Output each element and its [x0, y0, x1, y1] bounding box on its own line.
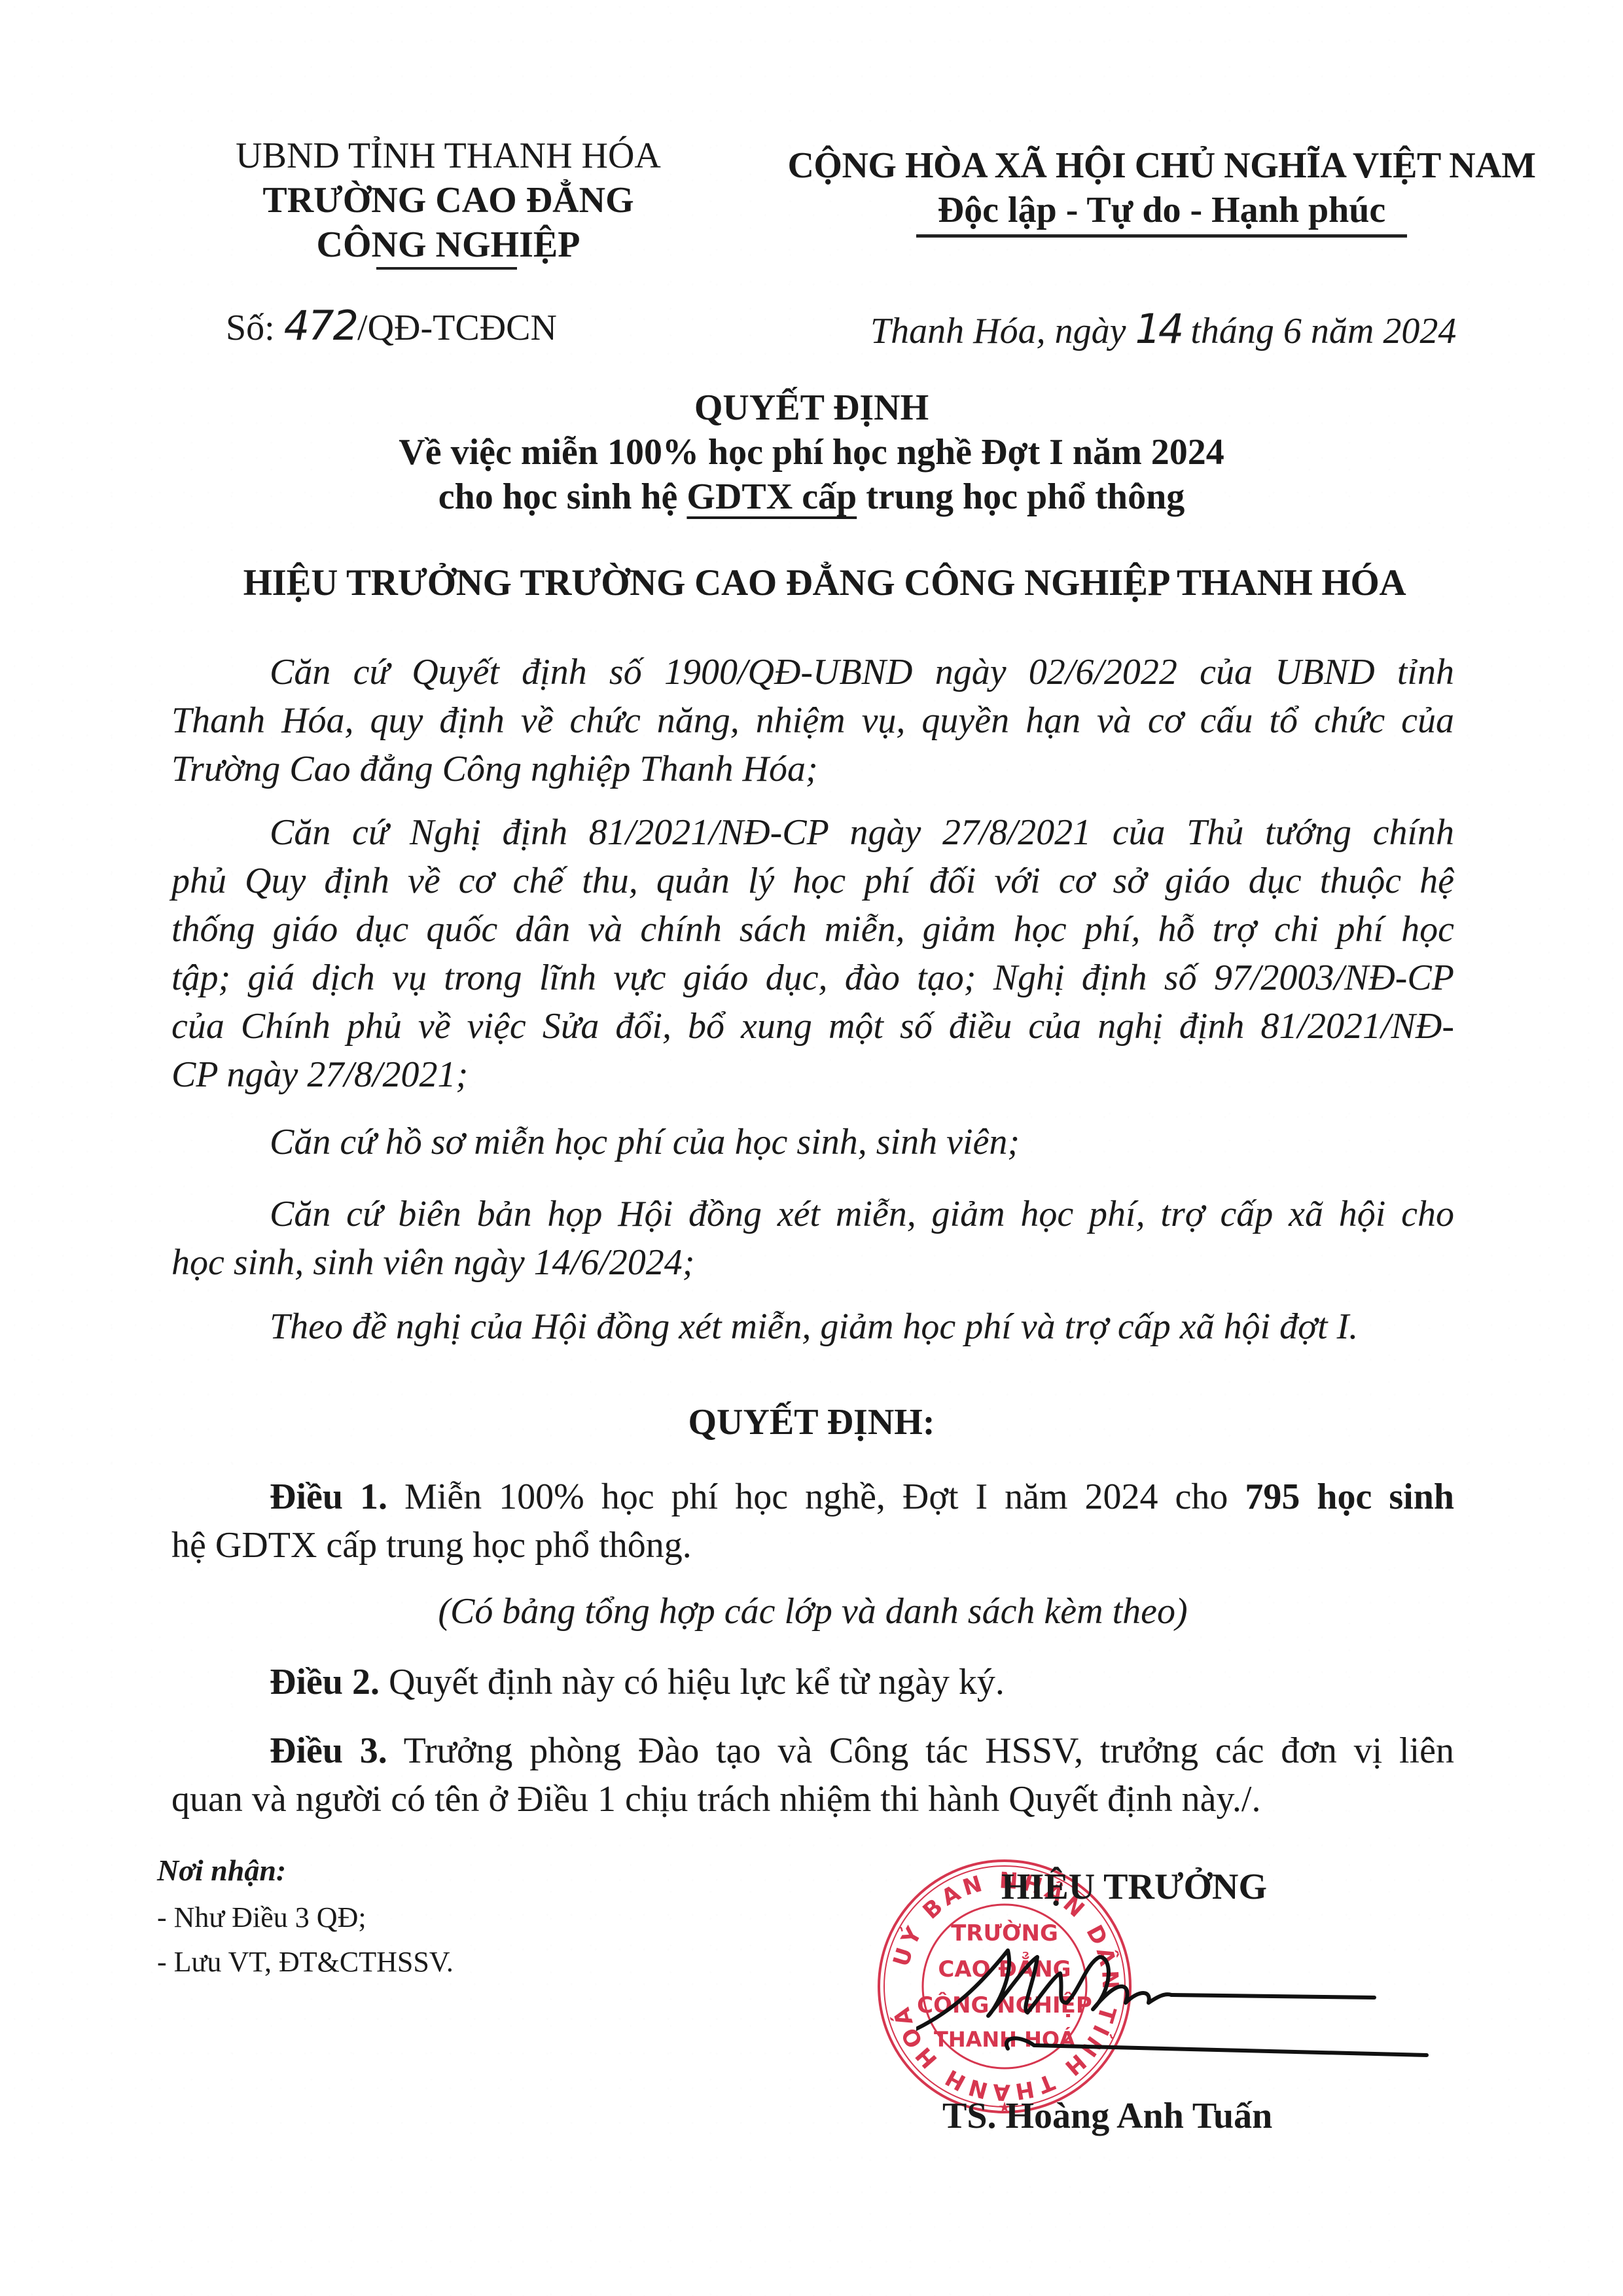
subject-line-2-post: trung học phổ thông [857, 476, 1185, 517]
basis-line: thống giáo dục quốc dân và chính sách mi… [171, 905, 1454, 954]
header-left-divider [376, 267, 517, 270]
school-name-line2: CÔNG NGHIỆP [164, 223, 733, 266]
basis-line: tập; giá dịch vụ trong lĩnh vực giáo dục… [171, 954, 1454, 1002]
article-3-label: Điều 3. [270, 1731, 387, 1771]
article-3-text: Trưởng phòng Đào tạo và Công tác HSSV, t… [387, 1731, 1454, 1771]
date-day-handwritten: 14 [1135, 305, 1181, 353]
basis-line: của Chính phủ về việc Sửa đổi, bổ xung m… [171, 1002, 1454, 1050]
agency-name: UBND TỈNH THANH HÓA [164, 134, 733, 177]
document-date: Thanh Hóa, ngày 14 tháng 6 năm 2024 [870, 308, 1456, 353]
doc-number-handwritten: 472 [284, 302, 357, 350]
basis-paragraph: Theo đề nghị của Hội đồng xét miễn, giảm… [171, 1302, 1454, 1351]
article-1-line-2: hệ GDTX cấp trung học phổ thông. [171, 1521, 692, 1570]
doc-number-suffix: /QĐ-TCĐCN [357, 308, 557, 348]
article-1-text: Miễn 100% học phí học nghề, Đợt I năm 20… [387, 1477, 1245, 1517]
attachment-note: (Có bảng tổng hợp các lớp và danh sách k… [171, 1587, 1454, 1636]
basis-paragraph: Căn cứ biên bản họp Hội đồng xét miễn, g… [171, 1190, 1454, 1287]
basis-line: Theo đề nghị của Hội đồng xét miễn, giảm… [171, 1302, 1454, 1351]
school-name-line1: TRƯỜNG CAO ĐẲNG [164, 179, 733, 222]
article-2-text: Quyết định này có hiệu lực kể từ ngày ký… [380, 1662, 1005, 1702]
basis-line: Căn cứ Quyết định số 1900/QĐ-UBND ngày 0… [171, 648, 1454, 696]
article-1-student-count: 795 học sinh [1245, 1477, 1454, 1517]
document-number: Số: 472/QĐ-TCĐCN [226, 304, 557, 350]
subject-line-2-underlined: GDTX cấp [687, 476, 857, 517]
article-3-line-2: quan và người có tên ở Điều 1 chịu trách… [171, 1775, 1260, 1823]
basis-line: Căn cứ Nghị định 81/2021/NĐ-CP ngày 27/8… [171, 808, 1454, 857]
date-prefix: Thanh Hóa, ngày [870, 311, 1135, 351]
basis-paragraph: Căn cứ Quyết định số 1900/QĐ-UBND ngày 0… [171, 648, 1454, 793]
subject-line-2-pre: cho học sinh hệ [438, 476, 687, 517]
handwritten-signature-icon [916, 1937, 1479, 2068]
subject-line-1: Về việc miễn 100% học phí học nghề Đợt I… [0, 431, 1623, 474]
motto-underline [916, 234, 1407, 238]
recipient-item: - Lưu VT, ĐT&CTHSSV. [157, 1943, 454, 1982]
doc-number-label: Số: [226, 308, 284, 348]
basis-paragraph: Căn cứ hồ sơ miễn học phí của học sinh, … [171, 1118, 1454, 1166]
subject-line-2: cho học sinh hệ GDTX cấp trung học phổ t… [0, 475, 1623, 518]
basis-line: Trường Cao đẳng Công nghiệp Thanh Hóa; [171, 745, 1454, 793]
basis-line: CP ngày 27/8/2021; [171, 1050, 1454, 1099]
basis-line: phủ Quy định về cơ chế thu, quản lý học … [171, 857, 1454, 905]
issuing-authority: HIỆU TRƯỞNG TRƯỜNG CAO ĐẲNG CÔNG NGHIỆP … [151, 562, 1499, 605]
basis-line: Căn cứ biên bản họp Hội đồng xét miễn, g… [171, 1190, 1454, 1238]
basis-paragraph: Căn cứ Nghị định 81/2021/NĐ-CP ngày 27/8… [171, 808, 1454, 1099]
date-suffix: tháng 6 năm 2024 [1181, 311, 1456, 351]
article-2: Điều 2. Quyết định này có hiệu lực kể từ… [270, 1658, 1005, 1706]
recipient-item: - Như Điều 3 QĐ; [157, 1898, 366, 1937]
signer-name: TS. Hoàng Anh Tuấn [942, 2094, 1272, 2138]
national-title: CỘNG HÒA XÃ HỘI CHỦ NGHĨA VIỆT NAM [759, 144, 1564, 187]
signer-title: HIỆU TRƯỞNG [1001, 1865, 1267, 1909]
basis-line: học sinh, sinh viên ngày 14/6/2024; [171, 1238, 1454, 1287]
document-type: QUYẾT ĐỊNH [0, 386, 1623, 429]
decision-heading: QUYẾT ĐỊNH: [0, 1401, 1623, 1444]
recipients-heading: Nơi nhận: [157, 1852, 286, 1889]
national-motto: Độc lập - Tự do - Hạnh phúc [759, 188, 1564, 232]
article-2-label: Điều 2. [270, 1662, 380, 1702]
article-1-label: Điều 1. [270, 1477, 387, 1517]
basis-line: Căn cứ hồ sơ miễn học phí của học sinh, … [171, 1118, 1454, 1166]
basis-line: Thanh Hóa, quy định về chức năng, nhiệm … [171, 696, 1454, 745]
